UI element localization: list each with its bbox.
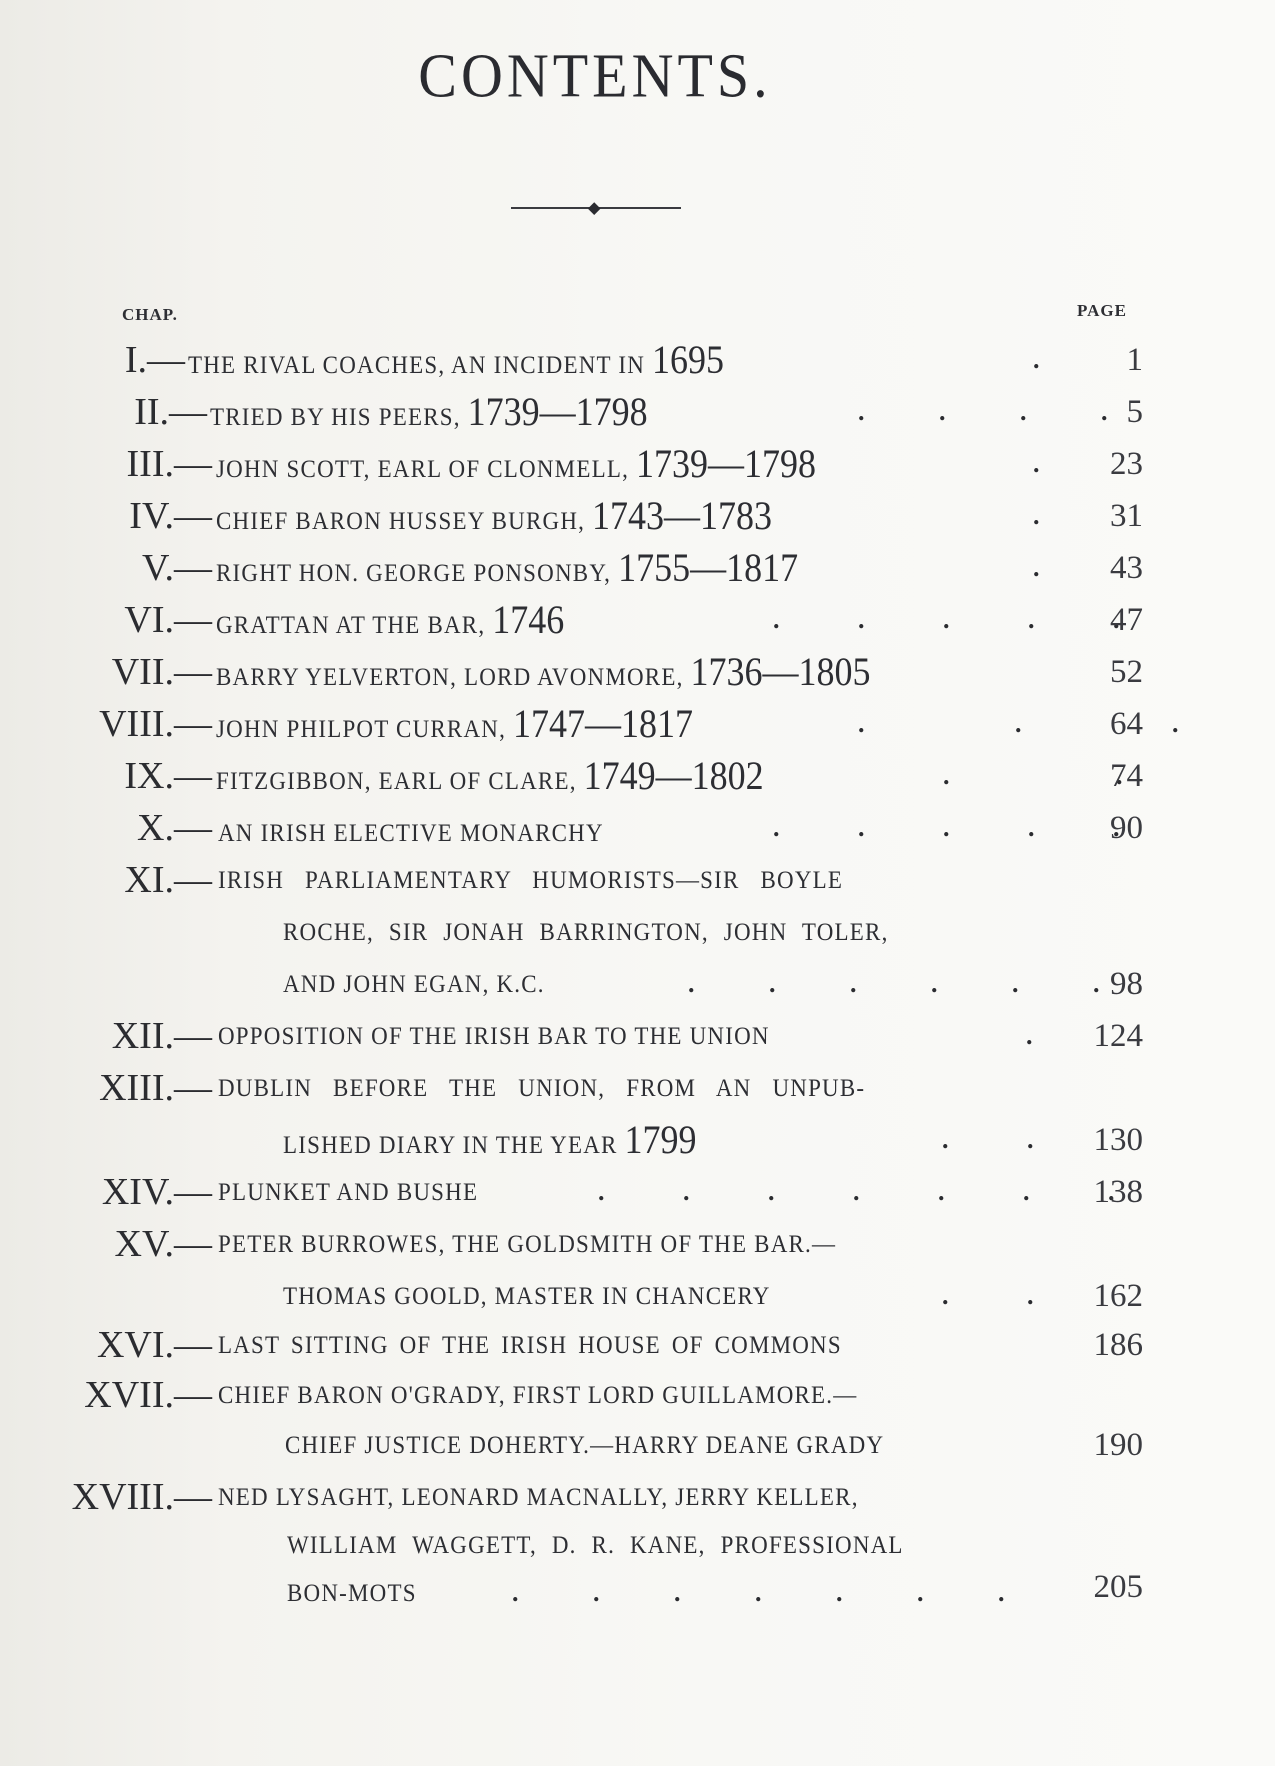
chapter-title-continuation: CHIEF JUSTICE DOHERTY.—HARRY DEANE GRADY: [285, 1417, 884, 1473]
chapter-number: VIII.—: [99, 699, 212, 749]
page-number: 190: [1094, 1420, 1144, 1470]
page-number: 5: [1127, 387, 1144, 437]
toc-entry: XVI.— LAST SITTING OF THE IRISH HOUSE OF…: [0, 1320, 1275, 1370]
toc-entry: VII.— BARRY YELVERTON, LORD AVONMORE, 17…: [0, 647, 1275, 697]
chapter-title: CHIEF BARON O'GRADY, FIRST LORD GUILLAMO…: [218, 1367, 857, 1423]
page-number: 23: [1110, 439, 1143, 489]
chapter-number: XI.—: [124, 855, 212, 905]
page-number: 162: [1094, 1271, 1144, 1321]
leader-dots: . . . . . . .: [598, 1167, 1151, 1217]
chapter-title: LAST SITTING OF THE IRISH HOUSE OF COMMO…: [218, 1317, 842, 1373]
chapter-title: PLUNKET AND BUSHE: [218, 1164, 478, 1220]
leader-dots: .: [1033, 335, 1040, 385]
leader-dots: . . . .: [858, 387, 1142, 437]
chapter-number: XV.—: [115, 1219, 213, 1269]
leader-dots: . . . . . .: [688, 959, 1134, 1009]
toc-entry-continuation: AND JOHN EGAN, K.C. . . . . . . 98: [0, 959, 1275, 1009]
page-number: 64: [1110, 699, 1143, 749]
leader-dots: .: [1026, 1011, 1033, 1061]
toc-entry-continuation: LISHED DIARY IN THE YEAR 1799 . . 130: [0, 1115, 1275, 1165]
chapter-title-continuation: AND JOHN EGAN, K.C.: [283, 956, 545, 1012]
chapter-number: XVI.—: [97, 1320, 212, 1370]
toc-entry: XV.— PETER BURROWES, THE GOLDSMITH OF TH…: [0, 1219, 1275, 1269]
chapter-title: DUBLIN BEFORE THE UNION, FROM AN UNPUB-: [218, 1060, 865, 1116]
toc-entry: V.— RIGHT HON. GEORGE PONSONBY, 1755—181…: [0, 543, 1275, 593]
bleed-through-text: [150, 150, 161, 184]
toc-entry-continuation: ROCHE, SIR JONAH BARRINGTON, JOHN TOLER,: [0, 907, 1275, 957]
chapter-number: XIV.—: [102, 1167, 212, 1217]
leader-dots: . .: [942, 1115, 1070, 1165]
chapter-column-header: CHAP.: [122, 305, 178, 325]
book-page: CONTENTS. CHAP. PAGE I.— THE RIVAL COACH…: [0, 0, 1275, 1766]
page-number: 138: [1094, 1167, 1144, 1217]
chapter-number: IV.—: [129, 491, 212, 541]
page-column-header: PAGE: [1077, 301, 1127, 321]
toc-entry: IX.— FITZGIBBON, EARL OF CLARE, 1749—180…: [0, 751, 1275, 801]
toc-entry: II.— TRIED BY HIS PEERS, 1739—1798 . . .…: [0, 387, 1275, 437]
page-number: 47: [1110, 595, 1143, 645]
leader-dots: . .: [942, 1271, 1070, 1321]
leader-dots: . . . . .: [773, 595, 1156, 645]
toc-entry-continuation: WILLIAM WAGGETT, D. R. KANE, PROFESSIONA…: [0, 1520, 1275, 1570]
leader-dots: .: [1033, 439, 1040, 489]
chapter-number: XIII.—: [99, 1063, 212, 1113]
toc-entry: XVIII.— NED LYSAGHT, LEONARD MACNALLY, J…: [0, 1472, 1275, 1522]
toc-entry: III.— JOHN SCOTT, EARL OF CLONMELL, 1739…: [0, 439, 1275, 489]
leader-dots: . .: [943, 751, 1203, 801]
chapter-number: XVIII.—: [72, 1472, 212, 1522]
toc-entry: XI.— IRISH PARLIAMENTARY HUMORISTS—SIR B…: [0, 855, 1275, 905]
chapter-title-continuation: THOMAS GOOLD, MASTER IN CHANCERY: [283, 1268, 771, 1324]
toc-entry: XVII.— CHIEF BARON O'GRADY, FIRST LORD G…: [0, 1370, 1275, 1420]
page-number: 98: [1110, 959, 1143, 1009]
chapter-number: II.—: [134, 387, 207, 437]
toc-entry: VIII.— JOHN PHILPOT CURRAN, 1747—1817 . …: [0, 699, 1275, 749]
toc-entry: XII.— OPPOSITION OF THE IRISH BAR TO THE…: [0, 1011, 1275, 1061]
page-title: CONTENTS.: [0, 39, 1190, 111]
toc-entry: VI.— GRATTAN AT THE BAR, 1746 . . . . . …: [0, 595, 1275, 645]
toc-entry: XIV.— PLUNKET AND BUSHE . . . . . . . 13…: [0, 1167, 1275, 1217]
leader-dots: . . . . . . .: [512, 1568, 1039, 1618]
chapter-number: XVII.—: [84, 1370, 212, 1420]
page-number: 43: [1110, 543, 1143, 593]
leader-dots: . . . . .: [773, 803, 1156, 853]
page-number: 130: [1094, 1115, 1144, 1165]
chapter-title: OPPOSITION OF THE IRISH BAR TO THE UNION: [218, 1008, 770, 1064]
leader-dots: .: [1033, 491, 1040, 541]
ornamental-rule-icon: [511, 201, 681, 215]
chapter-number: VI.—: [124, 595, 212, 645]
toc-entry-continuation: BON-MOTS . . . . . . . 205: [0, 1568, 1275, 1618]
chapter-number: I.—: [125, 335, 185, 385]
page-number: 90: [1110, 803, 1143, 853]
chapter-number: VII.—: [112, 647, 212, 697]
chapter-number: III.—: [127, 439, 212, 489]
page-number: 31: [1110, 491, 1143, 541]
page-number: 124: [1094, 1011, 1144, 1061]
page-number: 74: [1110, 751, 1143, 801]
chapter-number: XII.—: [112, 1011, 212, 1061]
page-number: 1: [1127, 335, 1144, 385]
toc-entry-continuation: CHIEF JUSTICE DOHERTY.—HARRY DEANE GRADY…: [0, 1420, 1275, 1470]
chapter-title: IRISH PARLIAMENTARY HUMORISTS—SIR BOYLE: [218, 852, 843, 908]
page-number: 205: [1094, 1562, 1144, 1612]
toc-entry: X.— AN IRISH ELECTIVE MONARCHY . . . . .…: [0, 803, 1275, 853]
chapter-title-continuation: BON-MOTS: [287, 1565, 417, 1621]
leader-dots: . . .: [858, 699, 1251, 749]
page-number: 52: [1110, 647, 1143, 697]
page-number: 186: [1094, 1320, 1144, 1370]
chapter-title-continuation: ROCHE, SIR JONAH BARRINGTON, JOHN TOLER,: [283, 904, 889, 960]
toc-entry-continuation: THOMAS GOOLD, MASTER IN CHANCERY . . 162: [0, 1271, 1275, 1321]
chapter-title: PETER BURROWES, THE GOLDSMITH OF THE BAR…: [218, 1216, 836, 1272]
toc-entry: IV.— CHIEF BARON HUSSEY BURGH, 1743—1783…: [0, 491, 1275, 541]
leader-dots: .: [1033, 543, 1040, 593]
toc-entry: XIII.— DUBLIN BEFORE THE UNION, FROM AN …: [0, 1063, 1275, 1113]
chapter-number: V.—: [142, 543, 212, 593]
toc-entry: I.— THE RIVAL COACHES, AN INCIDENT IN 16…: [0, 335, 1275, 385]
chapter-number: IX.—: [124, 751, 212, 801]
chapter-number: X.—: [137, 803, 212, 853]
